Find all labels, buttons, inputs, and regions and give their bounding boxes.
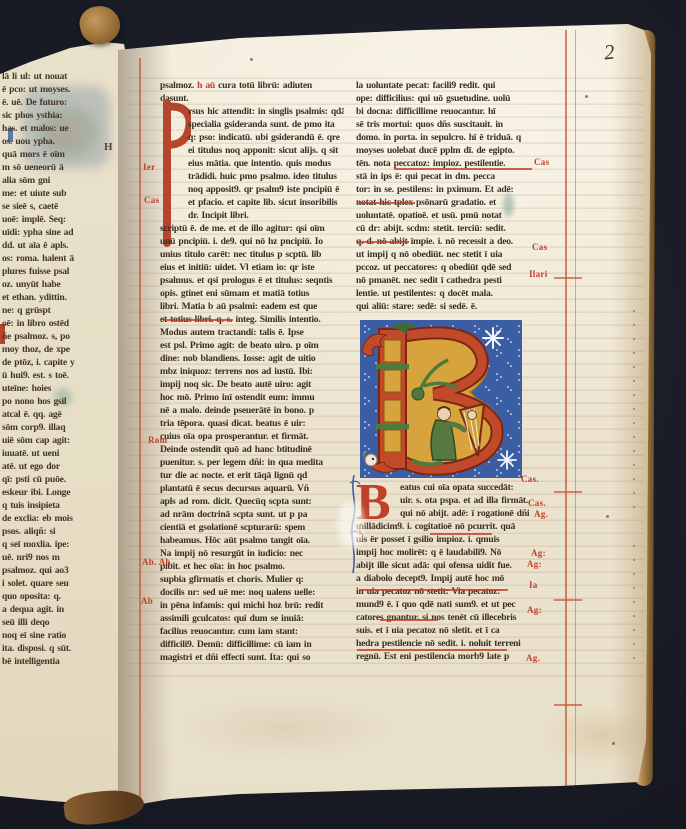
ruling-line-right-2 — [575, 30, 576, 788]
margin-note: Cas — [144, 195, 159, 205]
text-line: uoē: implē. Seq: — [2, 213, 114, 226]
text-line: de exclia: eb mois — [2, 512, 114, 525]
text-line: docilis nr: sed uē me: noq ualens uelle: — [160, 586, 344, 599]
opening-post: cura totū librū: adiuten — [218, 80, 312, 91]
margin-note: Ag. — [534, 509, 548, 519]
text-line: millādicim9. i. cogitatioē nō pcurrit. q… — [356, 520, 538, 533]
margin-note: Ab — [141, 596, 153, 606]
text-line: m sō ueneorū ā — [2, 161, 114, 174]
text-line: eskeur ibi. Longe — [2, 486, 114, 499]
text-line: impij hoc molirēt: q ē laudabili9. Nō — [356, 546, 538, 559]
text-line: noq apposit9. qr psalm9 iste pncipiū ē — [160, 183, 344, 196]
text-line: atcal ē. qq. agē — [2, 408, 114, 421]
text-line: de ptōz, i. capite y — [2, 356, 114, 369]
stain — [545, 706, 657, 764]
margin-note: Ab. Ab. — [142, 557, 173, 567]
text-line: seū illi deqo — [2, 616, 114, 629]
rubric-underline — [357, 241, 409, 243]
text-line: opis. gtinet eni sūmam et matiā totius — [160, 287, 344, 300]
text-line: ad nrām doctrinā scpta sunt. ut p pa — [160, 508, 344, 521]
show-through-green — [38, 106, 98, 158]
column2-lower-text: eatus cui oīa opata succedāt:uir. s. ota… — [356, 481, 538, 663]
text-line: in uia pecatoz nō stetit: Via pecatoz: — [356, 585, 538, 598]
text-line: ope: difficilius: qui uō gsuetudine. uol… — [356, 92, 538, 105]
show-through-illumination — [22, 86, 110, 168]
text-line: magistri et dñi effecti sunt. Ita: qui s… — [160, 651, 344, 664]
text-line: uīdi: ypha sine ad — [2, 226, 114, 239]
text-line: iuuatē. ut ueni — [2, 447, 114, 460]
text-line: mbz iniquoz: terrens nos ad iustū. Ibi: — [160, 365, 344, 378]
column1-text: rsus hic attendit: in singlis psalmis: q… — [160, 105, 344, 664]
margin-note: Cas. — [528, 498, 546, 508]
text-line: hoc mō. Primo inī ostendit eum: immu — [160, 391, 344, 404]
text-line: Modus autem tractandi: talis ē. Ipse — [160, 326, 344, 339]
small-blue-initial — [8, 128, 13, 142]
text-line: os. uou ypha. — [2, 135, 114, 148]
pigment-smudge — [503, 193, 514, 217]
headband — [76, 2, 123, 47]
text-line: cientiā et gsolationē scpturarū: spem — [160, 521, 344, 534]
text-line: q tuis insipieta — [2, 499, 114, 512]
text-line: sic phos ysthia: — [2, 109, 114, 122]
margin-note: Ier — [143, 162, 155, 172]
margin-note: Ag: — [527, 605, 542, 615]
text-line: et ethan. ydittin. — [2, 291, 114, 304]
rubric-underline — [430, 533, 492, 535]
rubric-underline — [163, 319, 233, 321]
text-line: et pfacio. et capite lib. sicut insoribi… — [160, 196, 344, 209]
margin-note: Cas. — [521, 474, 539, 484]
text-line: tria tēpora. quasi dicat. beatus ē uir: — [160, 417, 344, 430]
text-line: assimili gculcatos: qui dum se inuiā: — [160, 612, 344, 625]
text-line: uē. nri9 nos m — [2, 551, 114, 564]
speck — [612, 742, 615, 745]
text-line: suis. et ī uia pecatoz nō sletit. et ī c… — [356, 624, 538, 637]
ruling-line-right-1 — [565, 30, 567, 788]
text-line: impij noq sic. De beato autē uiro: agit — [160, 378, 344, 391]
text-line: habeamus. Hōc aūt psalmo tangit oīa. — [160, 534, 344, 547]
text-line: apls ad rom. dicit. Quecūq scpta sunt: — [160, 495, 344, 508]
text-line: me: et uiute sub — [2, 187, 114, 200]
eight-point-star-icon — [498, 451, 516, 469]
text-line: qui aliū: stare: sedē: si sedē. ē. — [356, 300, 538, 313]
text-line: Deinde ostendit quō ad hanc btitudinē — [160, 443, 344, 456]
text-line: Na impij nō resurgūt in iudicio: nec — [160, 547, 344, 560]
rubric-underline — [394, 168, 532, 170]
text-line: lentie. ut pestilentes: q docēt mala. — [356, 287, 538, 300]
text-line: q: pso: indicatū. ubi gsiderandū ē. qre — [160, 131, 344, 144]
text-line: facilius reuocantur. cum iam stant: — [160, 625, 344, 638]
text-line: difficili9. Demū: difficillime: cū iam i… — [160, 638, 344, 651]
text-line: scriptū ē. de me. et de illo agitur: qsi… — [160, 222, 344, 235]
text-line: psalmus. et qsi prologus ē et titulus: s… — [160, 274, 344, 287]
text-line: sē tris mortui: quos dñs suscitauit. in — [356, 118, 538, 131]
text-line: psalmoz. qui ao3 — [2, 564, 114, 577]
margin-note: Cas — [532, 242, 547, 252]
text-line: supbia gfirmatis et choris. Mulier q: — [160, 573, 344, 586]
opening-pre: psalmoz. — [160, 80, 194, 91]
text-line: uir. s. ota pspa. et ad illa firmāt. — [356, 494, 538, 507]
text-line: plantatū ē secus decursus aquarū. Vñ — [160, 482, 344, 495]
text-line: oz. unyūt habe — [2, 278, 114, 291]
text-line: bi docna: difficillime reuocantur. hī — [356, 105, 538, 118]
text-line: tur die ac nocte. et erit tāqā lignū qd — [160, 469, 344, 482]
column1-opening-line: psalmoz. h aū cura totū librū: adiuten — [160, 79, 344, 92]
text-line: specialia gsideranda sunt. de pmo ita — [160, 118, 344, 131]
folio-number: 2 — [603, 40, 616, 66]
text-line: ne: q grūspt — [2, 304, 114, 317]
text-line: a diabolo decept9. Impij autē hoc mō — [356, 572, 538, 585]
show-through-pink — [48, 118, 82, 148]
margin-note: Ag: — [527, 559, 542, 569]
text-line: domo. in porta. in sepulcro. hī ē triduā… — [356, 131, 538, 144]
ruling-tick — [554, 599, 582, 601]
text-line: ñe psalmoz. s, po — [2, 330, 114, 343]
ruling-tick — [554, 491, 582, 493]
prick-marks — [633, 310, 635, 510]
manuscript-photo: lā li ul: ut nouatē pco: ut moyses.ē. uē… — [0, 0, 686, 829]
text-line: ē. uē. De futuro: — [2, 96, 114, 109]
rubric-mark: h aū — [197, 80, 215, 91]
text-line: qui nō abijt. adē: ī rogationē dñi — [356, 507, 538, 520]
text-line: pibit. et hec oīa: in hoc psalmo. — [160, 560, 344, 573]
show-through-dot — [54, 388, 72, 406]
text-line: nē a malo. deinde pseuerātē in bono. p — [160, 404, 344, 417]
text-line: eatus cui oīa opata succedāt: — [356, 481, 538, 494]
text-line: mund9 ē. ī quo qdē nati sum9. et ut pec — [356, 598, 538, 611]
text-line: alia sōm gni — [2, 174, 114, 187]
rubric-underline — [357, 202, 415, 204]
text-line: stā in ips ē: qui pecat in dm. pecca — [356, 170, 538, 183]
text-line: eius mātia. que intentio. quis modus — [160, 157, 344, 170]
text-line: ei titulus noq apponit: sicut alijs. q s… — [160, 144, 344, 157]
rubric-underline — [380, 619, 438, 621]
text-line: cū dr: abijt. scdm: stetit. terciū: sedi… — [356, 222, 538, 235]
text-line: unū pncipiū. i. de9. qui nō hz pncipiū. … — [160, 235, 344, 248]
text-line: puenitur. s. per legem dñi: in qua medit… — [160, 456, 344, 469]
text-line: dr. Incipit libri. — [160, 209, 344, 222]
margin-note: Ag: — [531, 548, 546, 558]
text-line: rsus hic attendit: in singlis psalmis: q… — [160, 105, 344, 118]
ruling-line-left — [139, 58, 141, 798]
text-line: abijt ille sicut adā: qui ofensa uidit f… — [356, 559, 538, 572]
text-line: libri. Matia b aū psalmi: eadem est que — [160, 300, 344, 313]
speck — [606, 515, 609, 518]
margin-note: Ag. — [526, 653, 540, 663]
text-line: cuius oīa opa prosperantur. et firmāt. — [160, 430, 344, 443]
text-line: eius et initiū: uidet. Vl etiam io: qr i… — [160, 261, 344, 274]
left-page-text-column: lā li ul: ut nouatē pco: ut moyses.ē. uē… — [2, 70, 114, 668]
text-line: has. et malos: ue — [2, 122, 114, 135]
text-line: os: roma. halent ā — [2, 252, 114, 265]
rubric-underline — [357, 649, 507, 651]
text-line: quo oposita: q. — [2, 590, 114, 603]
text-line: pccoz. ut peccatores: q obediūt qdē sed — [356, 261, 538, 274]
margin-note: Cas — [534, 157, 549, 167]
eight-point-star-icon — [483, 328, 503, 348]
text-line: atē. ut ego dor — [2, 460, 114, 473]
text-line: est psl. Primo agit: de beato uiro. p oī… — [160, 339, 344, 352]
text-line: uiē sōm cap agit: — [2, 434, 114, 447]
text-line: ita. disposi. q sūt. — [2, 642, 114, 655]
stain — [180, 698, 390, 758]
text-line: catores gnantur. si nos tenēt cū illeceb… — [356, 611, 538, 624]
text-line: ū hui9. est. s toē. — [2, 369, 114, 382]
margin-note: Rom — [148, 435, 167, 445]
small-red-initial — [0, 324, 5, 344]
ruling-tick — [554, 277, 582, 279]
text-line: unius titulo carēt: nec titulus p scptū.… — [160, 248, 344, 261]
text-line: uis ēr posset ī gsilio impioz. i. qmuis — [356, 533, 538, 546]
text-line: i solet. quare seu — [2, 577, 114, 590]
text-line: bē intelligentia — [2, 655, 114, 668]
margin-note: Ia — [529, 580, 538, 590]
prick-marks — [633, 545, 635, 665]
illuminated-initial-B — [360, 320, 522, 478]
text-line: po nono hos gsil — [2, 395, 114, 408]
margin-note: Ilari — [529, 269, 548, 279]
rubric-underline — [360, 589, 508, 591]
text-line: moyses uolebat ducē pplm dī. de egipto. — [356, 144, 538, 157]
text-line: nō pmanēt. nec sedit ī cathedra pesti — [356, 274, 538, 287]
quire-mark: H — [104, 141, 114, 153]
text-line: in pēna infamis: qui michi hoz brū: redi… — [160, 599, 344, 612]
text-line: plures fuisse psal — [2, 265, 114, 278]
text-line: q seī moxlia. ipe: — [2, 538, 114, 551]
text-line: ut impij q nō obediūt. nec stetit ī uia — [356, 248, 538, 261]
text-line: se sieē s, caetē — [2, 200, 114, 213]
text-line: regnū. Est eni pestilencia morb9 late p — [356, 650, 538, 663]
text-line: trādidi. huic pmo psalmo. ideo titulus — [160, 170, 344, 183]
text-line: sōm corp9. illaq — [2, 421, 114, 434]
text-line: noq eī sine ratio — [2, 629, 114, 642]
speck — [585, 95, 588, 98]
text-line: moy thoz, de xpe — [2, 343, 114, 356]
repair-patch — [338, 502, 364, 548]
text-line: dd. ut aīa ē apls. — [2, 239, 114, 252]
text-line: qī: psti cū puōe. — [2, 473, 114, 486]
text-line: lā li ul: ut nouat — [2, 70, 114, 83]
text-line: la uoluntate pecat: facili9 redit. qui — [356, 79, 538, 92]
text-line: uteīne: hoies — [2, 382, 114, 395]
speck — [250, 58, 253, 61]
text-line: quā mors ē oīm — [2, 148, 114, 161]
text-line: dine: nob blandiens. Iosse: agit de uiti… — [160, 352, 344, 365]
text-line: ē pco: ut moyses. — [2, 83, 114, 96]
text-line: a dequa agit. in — [2, 603, 114, 616]
text-line: psos. aliqñ: si — [2, 525, 114, 538]
text-line: oē: in libro ostēd — [2, 317, 114, 330]
